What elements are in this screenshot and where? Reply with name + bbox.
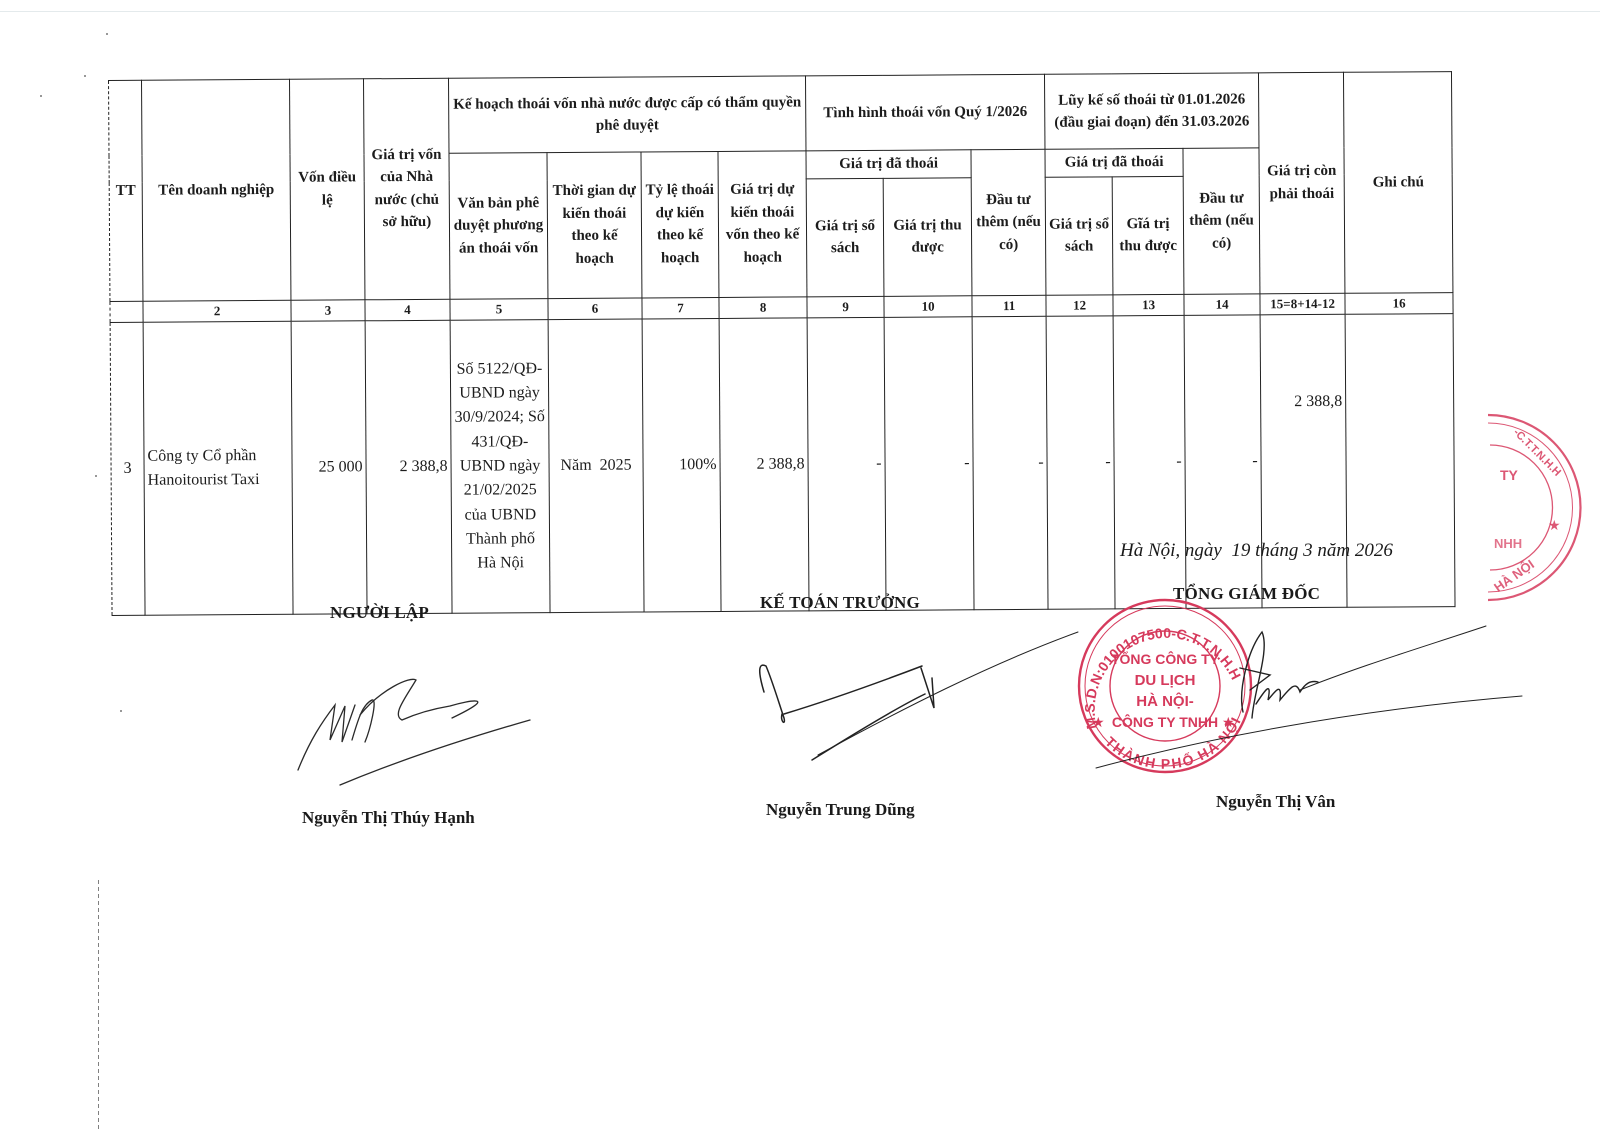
partial-seal-text: TY [1500,467,1519,483]
signature-preparer [298,679,530,785]
svg-text:★: ★ [1222,714,1235,730]
company-seal-general-director: M.S.D.N:0100107500-C.T.T.N.H.H THÀNH PHỐ… [1079,600,1251,772]
seal-line: DU LỊCH [1135,672,1196,689]
signature-chief-accountant [760,632,1078,760]
svg-text:★: ★ [1092,714,1105,730]
partial-seal-right-margin: TY NHH HÀ NỘI ★ -C.T.T.N.H.H [1488,415,1581,600]
seal-line: TỔNG CÔNG TY [1111,650,1220,667]
signatures-and-seals-layer: M.S.D.N:0100107500-C.T.T.N.H.H THÀNH PHỐ… [0,0,1600,1131]
seal-line: CÔNG TY TNHH [1112,713,1218,730]
seal-line: HÀ NỘI- [1136,692,1194,710]
scanned-document-page: TT Tên doanh nghiệp Vốn điều lệ Giá trị … [0,0,1600,1131]
svg-text:★: ★ [1548,517,1561,533]
partial-seal-text: NHH [1494,536,1522,551]
svg-text:-C.T.T.N.H.H: -C.T.T.N.H.H [1511,427,1563,479]
